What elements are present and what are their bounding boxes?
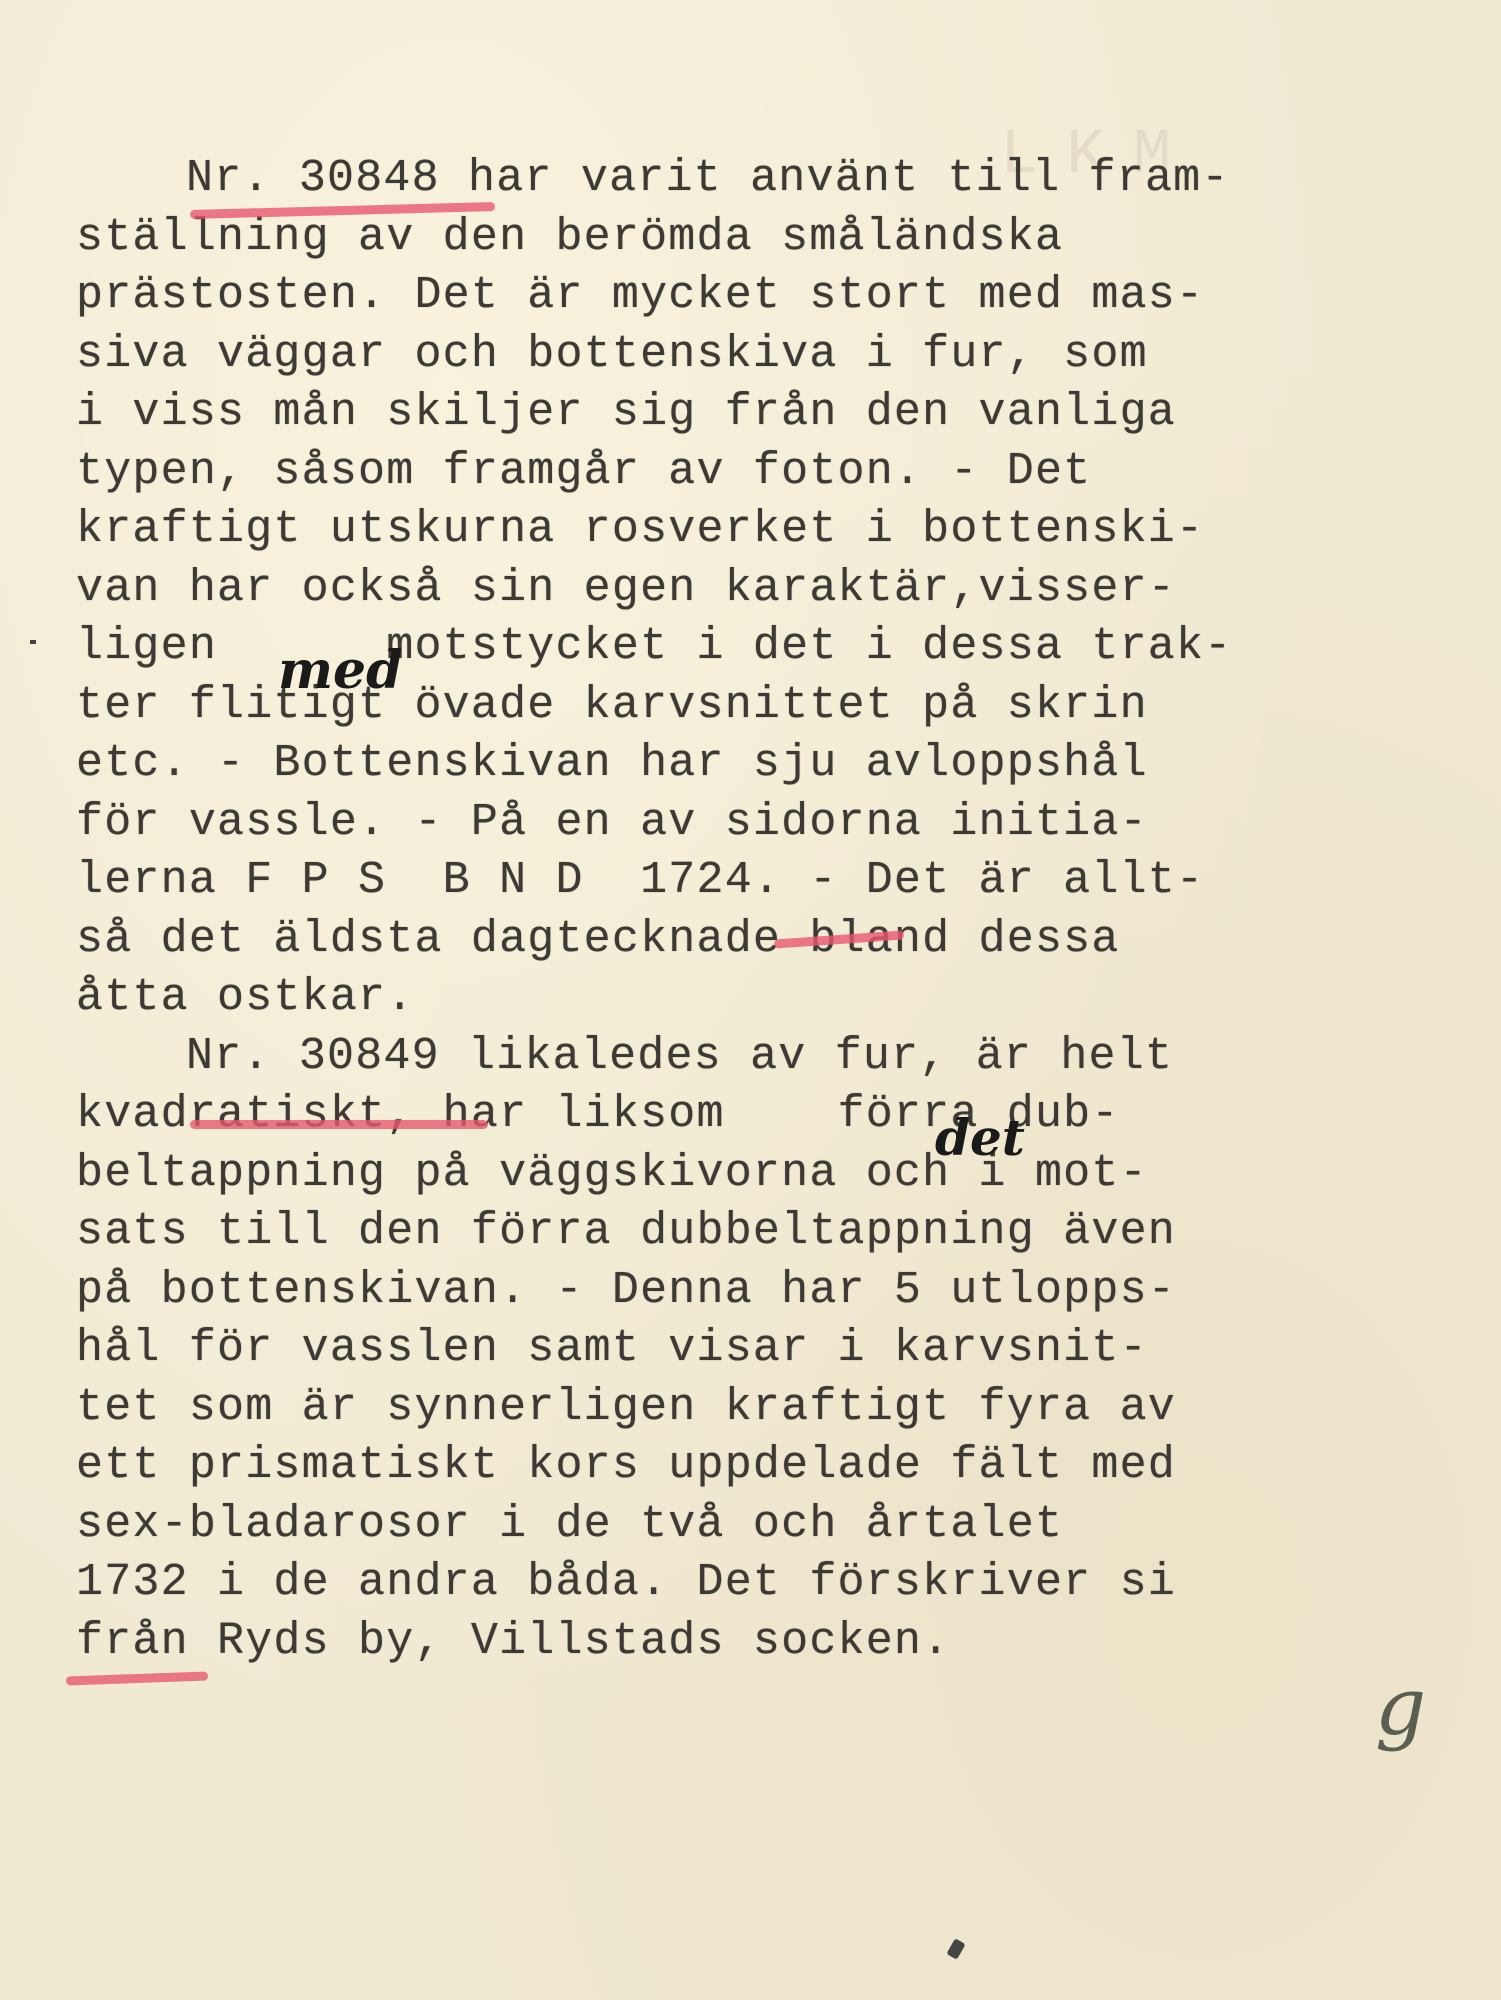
- typewritten-text-body: Nr. 30848 har varit använt till fram-stä…: [76, 150, 1476, 1671]
- text-line: beltappning på väggskivorna och i mot-: [76, 1145, 1476, 1204]
- text-line: kraftigt utskurna rosverket i bottenski-: [76, 501, 1476, 560]
- text-line: sats till den förra dubbeltappning även: [76, 1203, 1476, 1262]
- text-line: från Ryds by, Villstads socken.: [76, 1613, 1476, 1672]
- text-line: ett prismatiskt kors uppdelade fält med: [76, 1437, 1476, 1496]
- text-line: 1732 i de andra båda. Det förskriver si: [76, 1554, 1476, 1613]
- text-line: typen, såsom framgår av foton. - Det: [76, 443, 1476, 502]
- text-line: åtta ostkar.: [76, 969, 1476, 1028]
- text-line: tet som är synnerligen kraftigt fyra av: [76, 1379, 1476, 1438]
- text-line: i viss mån skiljer sig från den vanliga: [76, 384, 1476, 443]
- text-line: ställning av den berömda småländska: [76, 209, 1476, 268]
- text-line: siva väggar och bottenskiva i fur, som: [76, 326, 1476, 385]
- bottom-ink-mark: [946, 1938, 965, 1960]
- red-underline-30849: [190, 1120, 488, 1129]
- text-line: etc. - Bottenskivan har sju avloppshål: [76, 735, 1476, 794]
- pencil-margin-g: g: [1375, 1660, 1426, 1753]
- red-underline-1732: [66, 1672, 208, 1686]
- text-line: sex-bladarosor i de två och årtalet: [76, 1496, 1476, 1555]
- ink-insertion-det: det: [935, 1108, 1025, 1167]
- text-line: kvadratiskt, har liksom förra dub-: [76, 1086, 1476, 1145]
- text-line: Nr. 30848 har varit använt till fram-: [76, 150, 1476, 209]
- text-line: för vassle. - På en av sidorna initia-: [76, 794, 1476, 853]
- ink-insertion-med: med: [278, 640, 402, 701]
- text-line: van har också sin egen karaktär,visser-: [76, 560, 1476, 619]
- text-line: Nr. 30849 likaledes av fur, är helt: [76, 1028, 1476, 1087]
- text-line: hål för vasslen samt visar i karvsnit-: [76, 1320, 1476, 1379]
- margin-tick: [30, 640, 36, 644]
- text-line: prästosten. Det är mycket stort med mas-: [76, 267, 1476, 326]
- text-line: lerna F P S B N D 1724. - Det är allt-: [76, 852, 1476, 911]
- document-page: LKM Nr. 30848 har varit använt till fram…: [0, 0, 1501, 2000]
- text-line: på bottenskivan. - Denna har 5 utlopps-: [76, 1262, 1476, 1321]
